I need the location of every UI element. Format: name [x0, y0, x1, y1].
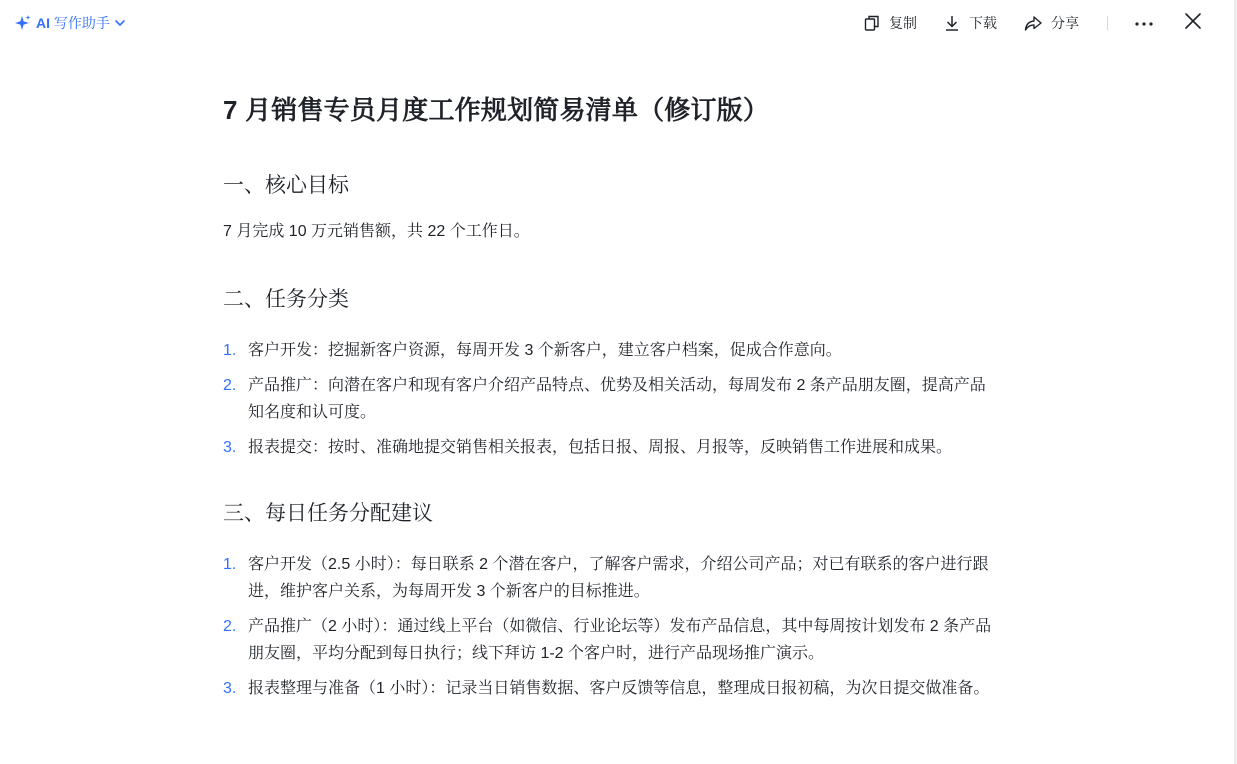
section-heading-task-categories: 二、任务分类: [223, 284, 998, 316]
list-number: 1.: [223, 337, 236, 364]
chevron-down-icon: [114, 17, 126, 29]
list-item: 3.报表提交：按时、准确地提交销售相关报表，包括日报、周报、月报等，反映销售工作…: [223, 434, 998, 461]
list-number: 1.: [223, 551, 236, 578]
list-item-text: 报表整理与准备（1 小时）：记录当日销售数据、客户反馈等信息，整理成日报初稿，为…: [248, 680, 989, 697]
daily-allocation-list: 1.客户开发（2.5 小时）：每日联系 2 个潜在客户，了解客户需求，介绍公司产…: [223, 551, 998, 702]
toolbar-actions: 复制 下载 分享: [863, 12, 1202, 34]
section-heading-core-goal: 一、核心目标: [223, 170, 998, 202]
more-button[interactable]: [1134, 14, 1154, 32]
list-item: 1.客户开发（2.5 小时）：每日联系 2 个潜在客户，了解客户需求，介绍公司产…: [223, 551, 998, 605]
download-label: 下载: [969, 13, 997, 33]
more-icon: [1134, 14, 1154, 32]
list-item: 2.产品推广：向潜在客户和现有客户介绍产品特点、优势及相关活动，每周发布 2 条…: [223, 372, 998, 426]
ai-writing-assistant-label: AI 写作助手: [36, 13, 110, 33]
section-heading-daily-allocation: 三、每日任务分配建议: [223, 498, 998, 530]
list-number: 3.: [223, 675, 236, 702]
share-icon: [1023, 14, 1043, 32]
close-button[interactable]: [1184, 12, 1202, 35]
toolbar-divider: [1107, 16, 1108, 30]
list-item-text: 客户开发（2.5 小时）：每日联系 2 个潜在客户，了解客户需求，介绍公司产品；…: [248, 556, 988, 600]
toolbar: AI 写作助手 复制: [0, 0, 1234, 46]
close-icon: [1184, 12, 1202, 35]
copy-button[interactable]: 复制: [863, 13, 917, 33]
share-button[interactable]: 分享: [1023, 13, 1079, 33]
sparkle-icon: [14, 14, 32, 32]
list-item-text: 报表提交：按时、准确地提交销售相关报表，包括日报、周报、月报等，反映销售工作进展…: [248, 439, 952, 456]
core-goal-paragraph: 7 月完成 10 万元销售额，共 22 个工作日。: [223, 218, 998, 245]
list-item: 2.产品推广（2 小时）：通过线上平台（如微信、行业论坛等）发布产品信息，其中每…: [223, 613, 998, 667]
list-item: 1.客户开发：挖掘新客户资源，每周开发 3 个新客户，建立客户档案，促成合作意向…: [223, 337, 998, 364]
list-item: 3.报表整理与准备（1 小时）：记录当日销售数据、客户反馈等信息，整理成日报初稿…: [223, 675, 998, 702]
list-number: 2.: [223, 613, 236, 640]
ai-writing-assistant-button[interactable]: AI 写作助手: [14, 13, 126, 33]
list-number: 2.: [223, 372, 236, 399]
share-label: 分享: [1051, 13, 1079, 33]
document-title: 7 月销售专员月度工作规划简易清单（修订版）: [223, 88, 998, 132]
list-number: 3.: [223, 434, 236, 461]
download-button[interactable]: 下载: [943, 13, 997, 33]
ai-document-viewer: AI 写作助手 复制: [0, 0, 1237, 764]
list-item-text: 客户开发：挖掘新客户资源，每周开发 3 个新客户，建立客户档案，促成合作意向。: [248, 342, 842, 359]
task-categories-list: 1.客户开发：挖掘新客户资源，每周开发 3 个新客户，建立客户档案，促成合作意向…: [223, 337, 998, 461]
download-icon: [943, 14, 961, 32]
list-item-text: 产品推广（2 小时）：通过线上平台（如微信、行业论坛等）发布产品信息，其中每周按…: [248, 618, 991, 662]
list-item-text: 产品推广：向潜在客户和现有客户介绍产品特点、优势及相关活动，每周发布 2 条产品…: [248, 377, 986, 421]
document-body: 7 月销售专员月度工作规划简易清单（修订版） 一、核心目标 7 月完成 10 万…: [223, 88, 998, 702]
copy-icon: [863, 14, 881, 32]
copy-label: 复制: [889, 13, 917, 33]
